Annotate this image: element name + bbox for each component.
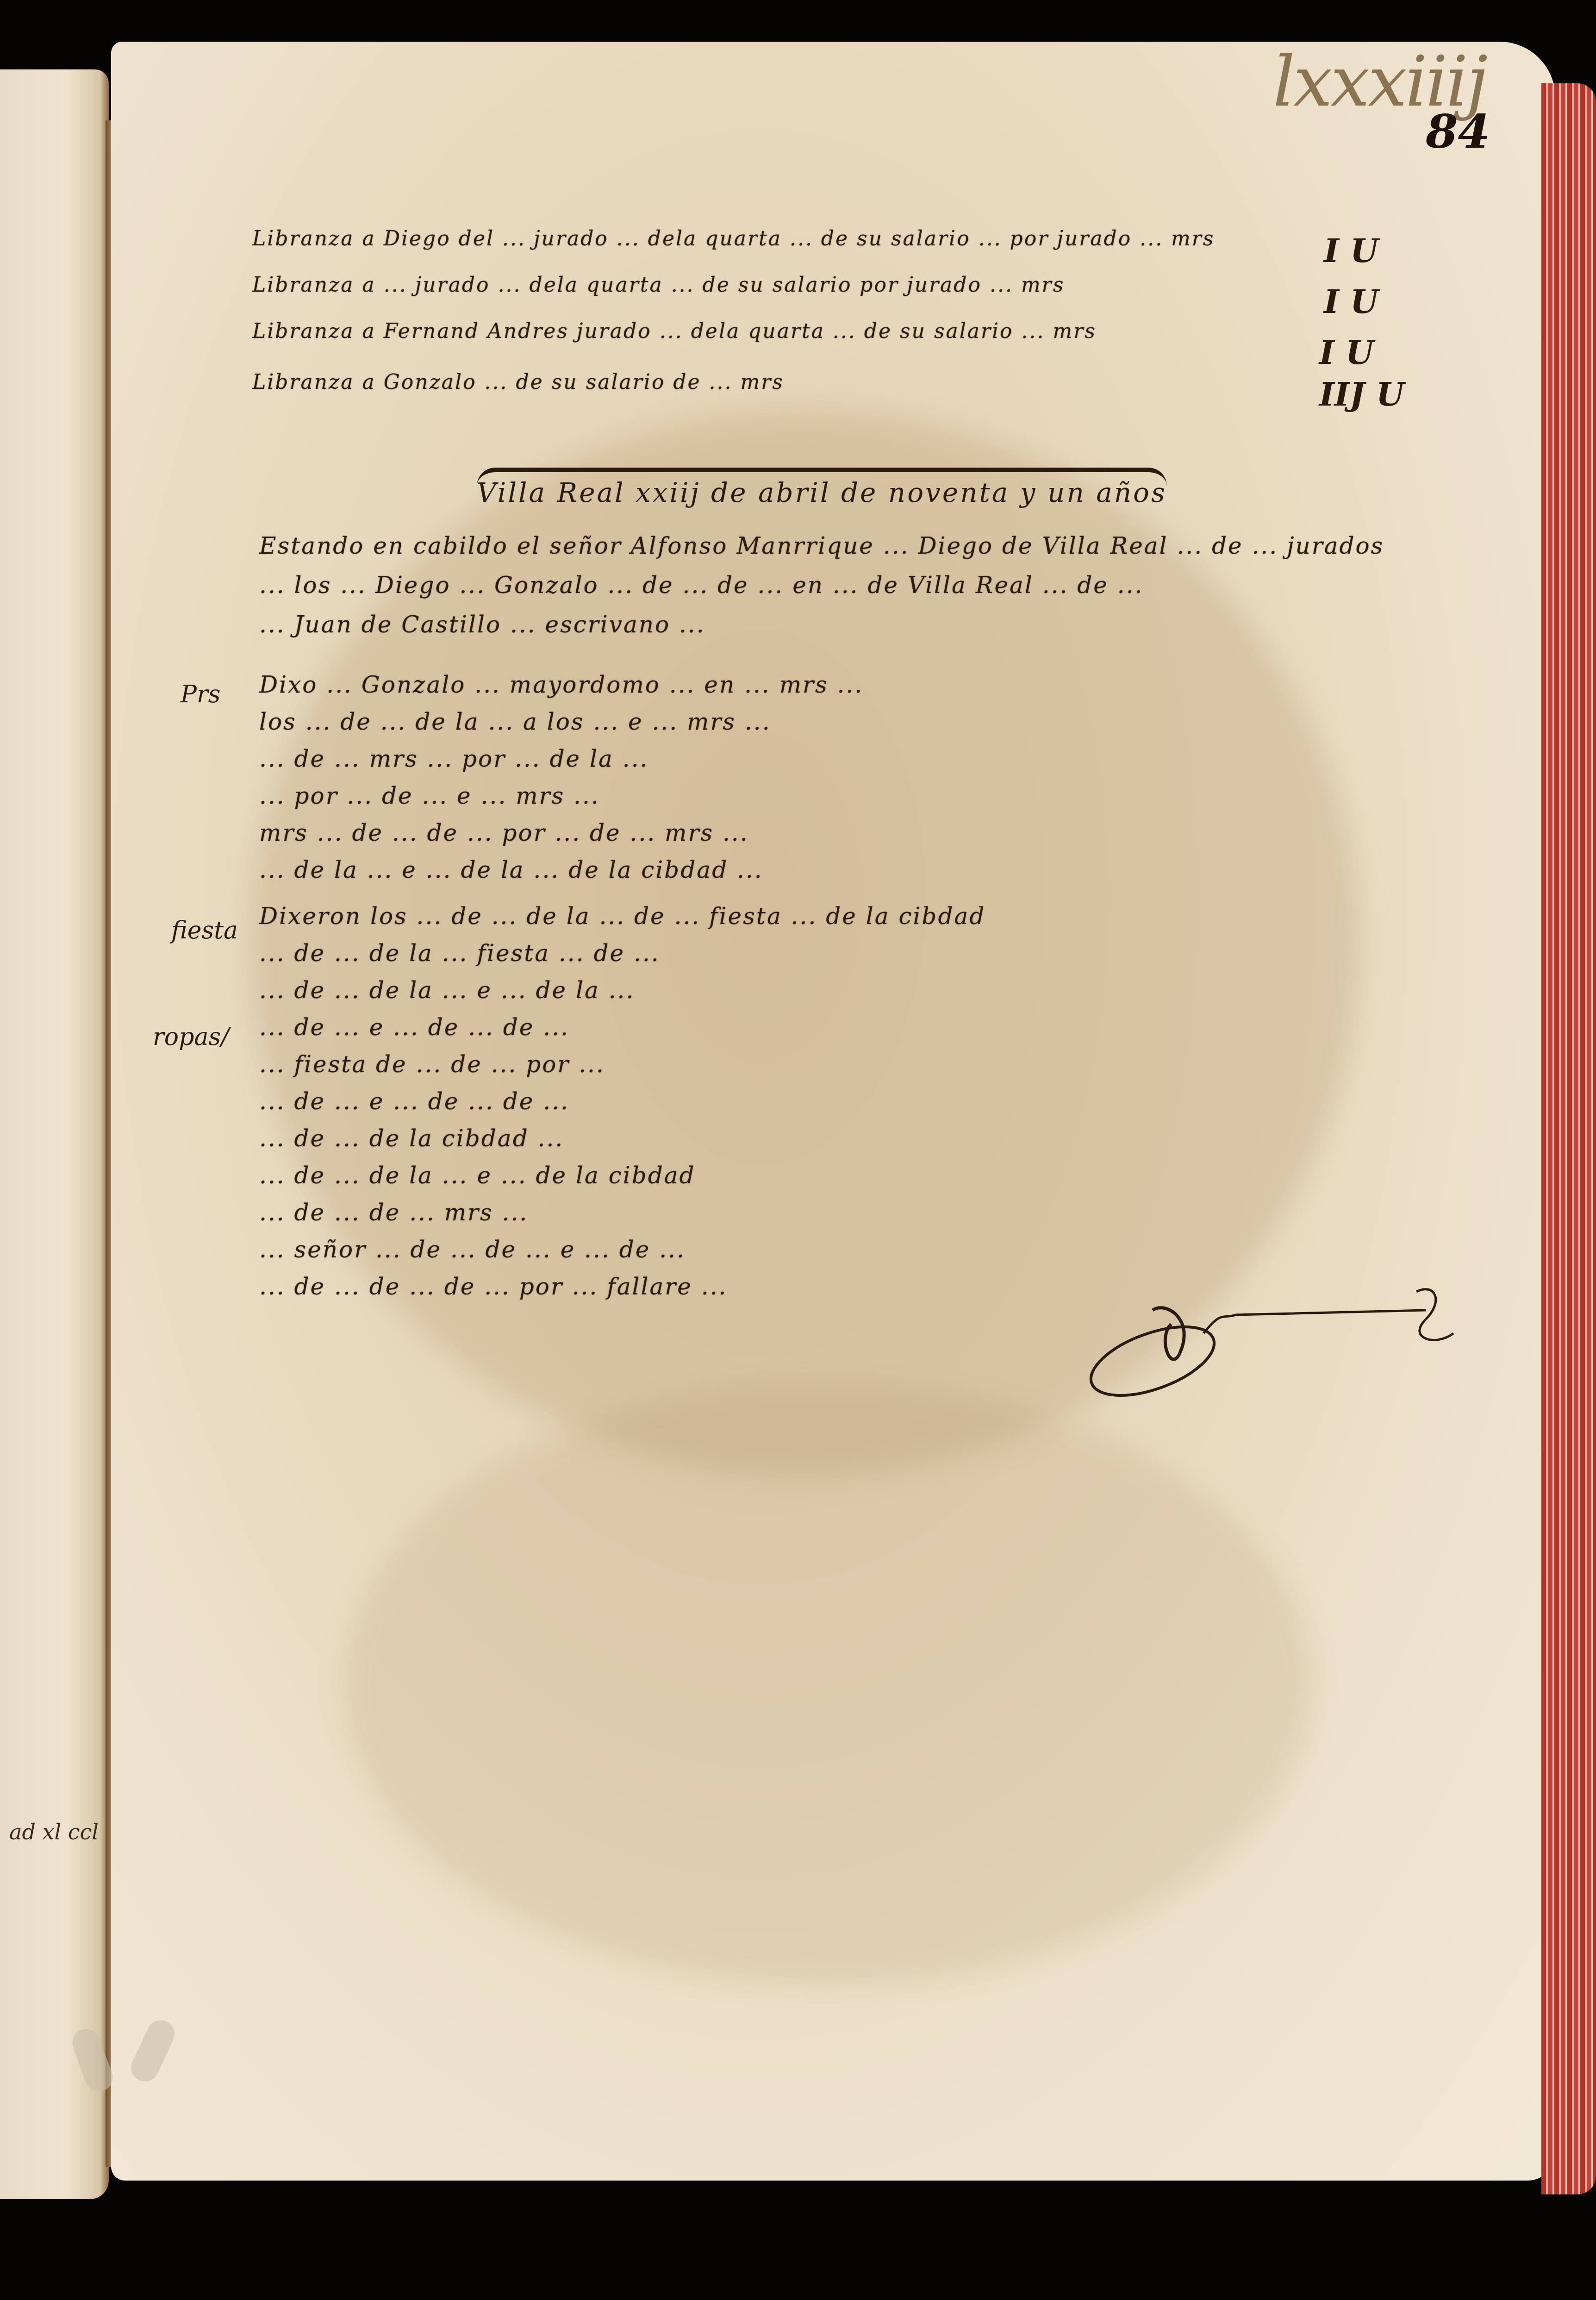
text-line: ... señor ... de ... de ... e ... de ... [259, 1236, 686, 1263]
margin-note: fiesta [171, 917, 238, 944]
modern-foliation: 84 [1426, 104, 1490, 159]
text-line: ... de ... e ... de ... de ... [259, 1014, 569, 1041]
amount: IIJ U [1319, 375, 1404, 413]
text-line: Dixo ... Gonzalo ... mayordomo ... en ..… [259, 671, 863, 698]
text-line: ... de ... e ... de ... de ... [259, 1088, 569, 1115]
text-line: ... de ... de la ... e ... de la cibdad [259, 1162, 695, 1189]
red-fore-edge [1541, 83, 1596, 2194]
foxing-stain [343, 1384, 1315, 1986]
entry-line: Libranza a Diego del ... jurado ... dela… [252, 227, 1215, 250]
entry-line: Libranza a Gonzalo ... de su salario de … [252, 370, 784, 394]
amount: I U [1324, 282, 1378, 321]
notarial-rubric-icon [1083, 1282, 1472, 1403]
verso-page: ad xl ccl [0, 69, 109, 2199]
text-line: Estando en cabildo el señor Alfonso Manr… [259, 532, 1384, 559]
text-line: ... Juan de Castillo ... escrivano ... [259, 611, 705, 638]
text-line: los ... de ... de la ... a los ... e ...… [259, 708, 771, 735]
text-line: ... de ... de ... de ... por ... fallare… [259, 1273, 727, 1300]
entry-line: Libranza a Fernand Andres jurado ... del… [252, 319, 1097, 343]
text-line: ... de ... de la ... e ... de la ... [259, 977, 635, 1004]
text-line: ... los ... Diego ... Gonzalo ... de ...… [259, 572, 1143, 599]
text-line: mrs ... de ... de ... por ... de ... mrs… [259, 819, 749, 846]
margin-note: Prs [181, 681, 221, 708]
text-line: ... de ... de la ... fiesta ... de ... [259, 940, 660, 967]
text-line: ... de ... de la cibdad ... [259, 1125, 564, 1152]
section-heading: Villa Real xxiij de abril de noventa y u… [477, 468, 1167, 508]
verso-fragment: ad xl ccl [9, 1819, 99, 1844]
amount: I U [1319, 333, 1374, 372]
amount: I U [1324, 231, 1378, 270]
text-line: ... fiesta de ... de ... por ... [259, 1051, 605, 1078]
text-line: Dixeron los ... de ... de la ... de ... … [259, 903, 985, 930]
entry-line: Libranza a ... jurado ... dela quarta ..… [252, 273, 1065, 297]
text-line: ... de la ... e ... de la ... de la cibd… [259, 856, 763, 883]
text-line: ... de ... mrs ... por ... de la ... [259, 745, 648, 772]
margin-note: ropas/ [153, 1023, 229, 1051]
text-line: ... de ... de ... mrs ... [259, 1199, 528, 1226]
text-line: ... por ... de ... e ... mrs ... [259, 782, 600, 809]
